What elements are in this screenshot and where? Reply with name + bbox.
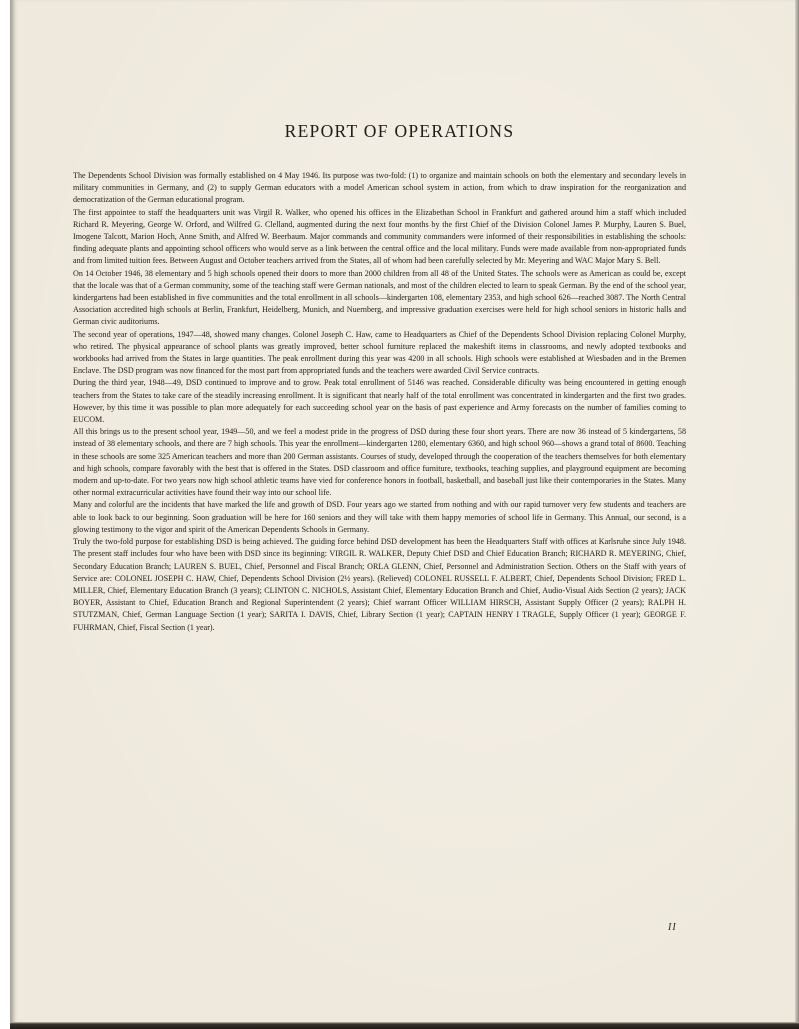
paragraph-establishment: The Dependents School Division was forma… (73, 170, 686, 207)
paragraph-present-year: All this brings us to the present school… (73, 426, 686, 499)
paragraph-first-year: On 14 October 1946, 38 elementary and 5 … (73, 268, 686, 329)
paragraph-second-year: The second year of operations, 1947—48, … (73, 329, 686, 378)
page-title: REPORT OF OPERATIONS (0, 121, 799, 142)
page-right-edge (795, 0, 799, 1029)
paragraph-incidents: Many and colorful are the incidents that… (73, 499, 686, 536)
paragraph-staff: Truly the two-fold purpose for establish… (73, 536, 686, 634)
report-body: The Dependents School Division was forma… (73, 170, 686, 634)
page-bottom-edge (10, 1022, 799, 1029)
paragraph-third-year: During the third year, 1948—49, DSD cont… (73, 377, 686, 426)
page-number: II (668, 922, 677, 933)
paragraph-first-appointee: The first appointee to staff the headqua… (73, 207, 686, 268)
